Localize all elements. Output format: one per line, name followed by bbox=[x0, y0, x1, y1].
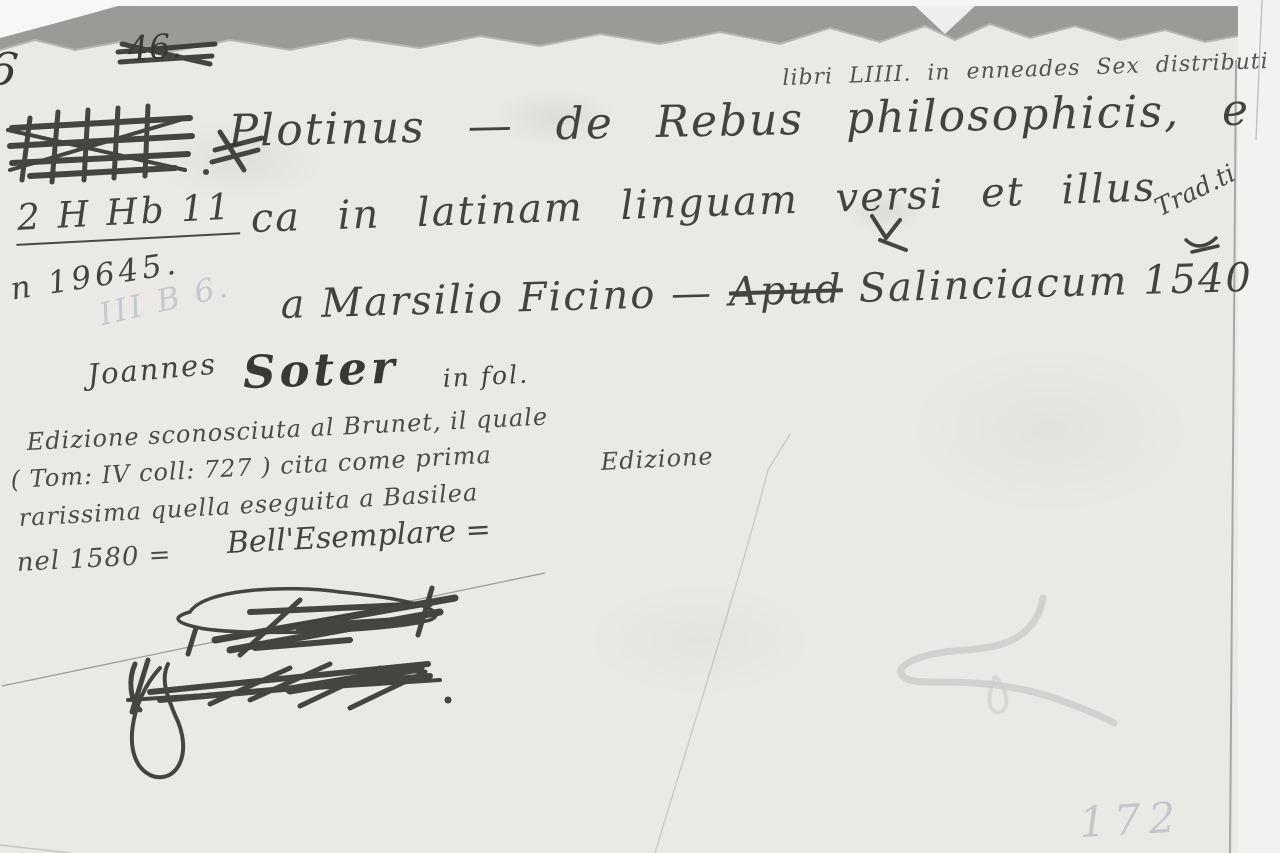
printer-last-name: Soter bbox=[242, 341, 399, 399]
imprint-struck-word: Apud bbox=[728, 266, 843, 315]
book-format: in fol. bbox=[442, 359, 530, 392]
pencil-page-number: 172 bbox=[1078, 793, 1185, 847]
note-line-2b: Edizione bbox=[600, 442, 714, 476]
manuscript-page: libri LIIII. in enneades Sex distributi … bbox=[0, 0, 1280, 853]
struck-number: 46. bbox=[126, 26, 183, 70]
